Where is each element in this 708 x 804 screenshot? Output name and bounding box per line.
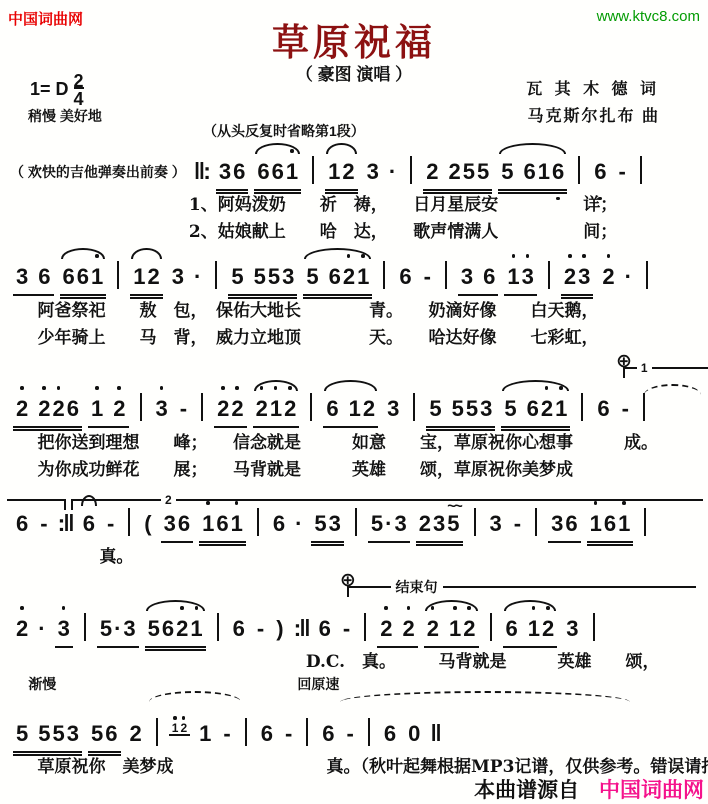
note-group: 5553: [426, 392, 495, 428]
note-group: -: [37, 507, 50, 541]
barline: [217, 613, 219, 641]
note: 3: [156, 392, 168, 426]
note: 5: [463, 155, 475, 189]
note-group: 661: [60, 260, 107, 296]
note-group: -: [220, 717, 233, 751]
lyric-line: 1、阿妈泼奶 祈 祷， 日月星辰安 详；: [10, 190, 698, 217]
volta-number: 1: [637, 360, 652, 376]
note: 3: [282, 260, 294, 294]
barline: [644, 508, 646, 536]
note: 1: [91, 392, 103, 426]
note-group: 6: [594, 392, 612, 426]
note: 2: [113, 392, 125, 426]
note: 3: [367, 155, 379, 189]
note: ·: [385, 507, 392, 541]
note-group: ): [273, 612, 286, 646]
note-group: 36: [13, 260, 54, 296]
note: 5~~: [447, 507, 459, 541]
note-group: -: [615, 155, 628, 189]
note: -: [223, 717, 230, 751]
score-system: 26-:‖6-(361616·535·3235~~3-36161真。: [0, 482, 708, 569]
note: 1: [349, 392, 361, 426]
score-system: （ 欢快的吉他弹奏出前奏 ）‖:36661123·225556166-1、阿妈泼…: [0, 140, 708, 244]
note-group: 5621: [303, 260, 372, 296]
note: 3: [461, 260, 473, 294]
note: -: [257, 612, 264, 646]
note: 1: [357, 260, 369, 294]
notation-line: 2226123-222126123555356216-: [10, 392, 698, 428]
note: 6: [216, 507, 228, 541]
note: 5: [91, 717, 103, 751]
note-group: -: [619, 392, 632, 426]
notation-line: 36661123·555356216-3613232·: [10, 260, 698, 296]
barline: [548, 261, 550, 289]
note-group: 22: [214, 392, 247, 428]
note-group: 2226: [13, 392, 82, 428]
note-group: 161: [587, 507, 634, 543]
note: -: [285, 717, 292, 751]
note: 3: [395, 507, 407, 541]
lyric-text: 阿爸祭祀 敖 包， 保佑大地长 青。 奶滴好像 白天鹅，: [38, 296, 599, 321]
note: 1: [449, 612, 461, 646]
note: 1: [190, 612, 202, 646]
barline: [383, 261, 385, 289]
note: 3: [387, 392, 399, 426]
notation-line: 6-:‖6-(361616·535·3235~~3-36161: [10, 506, 698, 542]
note: 6: [83, 507, 95, 541]
note: 5: [466, 392, 478, 426]
note-group: 13: [504, 260, 537, 296]
note: 6: [261, 717, 273, 751]
note: 5: [306, 260, 318, 294]
barline: [474, 508, 476, 536]
note-group: -: [104, 507, 117, 541]
note-group: 161: [199, 507, 246, 543]
note-group: 12: [88, 392, 129, 428]
note: 1: [538, 155, 550, 189]
note: ·: [114, 612, 121, 646]
note: 5: [477, 155, 489, 189]
note: 2: [541, 392, 553, 426]
note: 6: [506, 612, 518, 646]
repeat-barline: ‖: [430, 716, 439, 750]
note-group: 6: [591, 155, 609, 189]
composer-credit: 马克斯尔扎布 曲: [528, 103, 660, 126]
note: ·: [38, 612, 45, 646]
barline: [578, 156, 580, 184]
note: 1: [328, 155, 340, 189]
note: 2: [180, 722, 187, 734]
note-group: 12: [325, 155, 358, 191]
ending-bracket-label: 结束句: [391, 579, 443, 596]
volta-bracket: 1: [623, 367, 708, 378]
system-label: （ 欢快的吉他弹奏出前奏 ）: [10, 164, 186, 180]
tempo-marking: 稍慢 美好地: [28, 106, 102, 126]
note-group: 2: [127, 717, 145, 751]
sheet-music-page: 中国词曲网 www.ktvc8.com 草原祝福 （ 豪图 演唱 ） 1= D2…: [0, 0, 708, 804]
note: 2: [231, 392, 243, 426]
note: 3: [329, 507, 341, 541]
note-group: 2·: [13, 612, 49, 646]
note-group: -: [282, 717, 295, 751]
note: 5: [501, 155, 513, 189]
note: 6: [565, 507, 577, 541]
note-group: 23: [561, 260, 594, 296]
note: 2: [130, 717, 142, 751]
lyric-line: 把你送到理想 峰； 信念就是 如意 宝，草原祝你心想事 成。: [10, 428, 698, 455]
note: 1: [133, 260, 145, 294]
score: （ 欢快的吉他弹奏出前奏 ）‖:36661123·225556166-1、阿妈泼…: [0, 140, 708, 779]
notation-line: 5553562121-6-6-60‖: [10, 716, 698, 752]
note: 1: [507, 260, 519, 294]
note: -: [514, 507, 521, 541]
note: 3: [433, 507, 445, 541]
note: 2: [463, 612, 475, 646]
note: 3: [566, 612, 578, 646]
barline: [306, 718, 308, 746]
note: 2: [426, 155, 438, 189]
tie-arc: [149, 691, 241, 702]
barline: [581, 393, 583, 421]
note-group: 212: [424, 612, 479, 648]
note: ·: [389, 155, 396, 189]
note-group: 661: [254, 155, 301, 191]
note: 6: [326, 392, 338, 426]
note: 2: [217, 392, 229, 426]
note-group: 3: [563, 612, 581, 646]
lyric-text: 草原祝你 美梦成: [38, 752, 174, 777]
note-group: (: [141, 507, 154, 541]
note: ·: [295, 507, 302, 541]
footer-source-label: 本曲谱源自: [474, 779, 579, 802]
note-group: 5553: [228, 260, 297, 296]
note: 2: [176, 612, 188, 646]
note-group: 6: [80, 507, 98, 541]
note: 6: [597, 392, 609, 426]
note: 6: [322, 717, 334, 751]
note: 2: [53, 392, 65, 426]
barline: [257, 508, 259, 536]
note: 6: [399, 260, 411, 294]
note: 6: [16, 507, 28, 541]
barline: [368, 718, 370, 746]
note: 5: [148, 612, 160, 646]
note-group: 12: [130, 260, 163, 296]
note: -: [180, 392, 187, 426]
note: 3: [219, 155, 231, 189]
key-signature: 1= D24: [30, 72, 84, 108]
note: 2: [256, 392, 268, 426]
lyric-line: 少年骑上 马 背， 威力立地顶 天。 哈达好像 七彩虹，: [10, 323, 698, 350]
barline: [140, 393, 142, 421]
note: -: [618, 155, 625, 189]
note-group: 1: [196, 717, 214, 751]
note: 2: [343, 260, 355, 294]
note-group: -: [421, 260, 434, 294]
note: 6: [523, 155, 535, 189]
note-group: 5·3: [368, 507, 410, 543]
note-group: 56: [88, 717, 121, 753]
barline: [215, 261, 217, 289]
note-group: 2255: [423, 155, 492, 191]
barline: [312, 156, 314, 184]
note: 2: [542, 612, 554, 646]
note: 5: [254, 260, 266, 294]
note: 5: [16, 717, 28, 751]
note-group: 5553: [13, 717, 82, 753]
note-group: 3·: [169, 260, 205, 294]
barline: [410, 156, 412, 184]
note: 6: [162, 612, 174, 646]
note: 3: [480, 392, 492, 426]
barline: [364, 613, 366, 641]
note: 5: [268, 260, 280, 294]
note: 2: [403, 612, 415, 646]
note: ·: [625, 260, 632, 294]
note: 2: [38, 392, 50, 426]
note-group: 212: [253, 392, 300, 428]
note: 3: [164, 507, 176, 541]
barline: [117, 261, 119, 289]
note: 3: [58, 612, 70, 646]
note-group: 5·3: [97, 612, 139, 648]
tempo-annotation: 回原速: [297, 674, 339, 690]
repeat-instruction: （从头反复时省略第1段）: [203, 121, 365, 141]
note: 3: [578, 260, 590, 294]
note-group: 3: [487, 507, 505, 541]
notation-line: （ 欢快的吉他弹奏出前奏 ）‖:36661123·225556166-: [10, 154, 698, 190]
note-group: 36: [458, 260, 499, 296]
lyric-text: 把你送到理想 峰； 信念就是 如意 宝，草原祝你心想事 成。: [38, 428, 659, 453]
barline: [646, 261, 648, 289]
note: ): [276, 612, 283, 646]
note: 6: [77, 260, 89, 294]
barline: [535, 508, 537, 536]
note: 1: [91, 260, 103, 294]
note: -: [622, 392, 629, 426]
barline: [310, 393, 312, 421]
barline: [156, 718, 158, 746]
note: -: [107, 507, 114, 541]
score-system: 渐慢回原速5553562121-6-6-60‖草原祝你 美梦成真。（秋叶起舞根据…: [0, 674, 708, 779]
note: 6: [594, 155, 606, 189]
note: 5: [38, 717, 50, 751]
note: 6: [552, 155, 564, 189]
note: 5: [314, 507, 326, 541]
note: -: [424, 260, 431, 294]
note: -: [40, 507, 47, 541]
note: 6: [527, 392, 539, 426]
note: 3: [16, 260, 28, 294]
note: 1: [555, 392, 567, 426]
footer-site-link[interactable]: 中国词曲网: [599, 779, 704, 802]
note-group: 5621: [145, 612, 206, 648]
note-group: 53: [311, 507, 344, 543]
note-group: 3: [384, 392, 402, 426]
note-group: 6: [396, 260, 414, 294]
score-system: ⊕12226123-222126123555356216-把你送到理想 峰； 信…: [0, 350, 708, 482]
note: 1: [199, 717, 211, 751]
barline: [245, 718, 247, 746]
time-signature: 24: [74, 72, 84, 108]
lyric-line: 2、姑娘献上 哈 达， 歌声情满人 间；: [10, 217, 698, 244]
note: 2: [284, 392, 296, 426]
barline: [413, 393, 415, 421]
lyric-line: 为你成功鲜花 展； 马背就是 英雄 颂，草原祝你美梦成: [10, 455, 698, 482]
note: 6: [329, 260, 341, 294]
note: 2: [602, 260, 614, 294]
key-prefix: 1= D: [30, 79, 69, 99]
note: 5: [429, 392, 441, 426]
note: 6: [63, 260, 75, 294]
barline: [643, 393, 645, 421]
note-group: 6: [316, 612, 334, 646]
note-group: -: [177, 392, 190, 426]
note-group: 6: [230, 612, 248, 646]
lyric-text: 为你成功鲜花 展； 马背就是 英雄 颂，草原祝你美梦成: [38, 455, 574, 480]
lyricist-credit: 瓦 其 木 德 词: [526, 76, 660, 99]
lyric-line: 真。: [10, 542, 698, 569]
note: 6: [384, 717, 396, 751]
score-system: 36661123·555356216-3613232·阿爸祭祀 敖 包， 保佑大…: [0, 244, 708, 350]
barline: [445, 261, 447, 289]
note: 2: [363, 392, 375, 426]
note: 2: [380, 612, 392, 646]
note-group: 6: [13, 507, 31, 541]
note: 6: [483, 260, 495, 294]
note: 1: [231, 507, 243, 541]
note-group: 2·: [599, 260, 635, 294]
barline: [490, 613, 492, 641]
note-group: 3: [153, 392, 171, 426]
note: 1: [286, 155, 298, 189]
note: 2: [427, 612, 439, 646]
note-group: 3: [55, 612, 73, 648]
note: 3: [67, 717, 79, 751]
repeat-barline: :‖: [294, 611, 309, 645]
note: 1: [202, 507, 214, 541]
note: 3: [172, 260, 184, 294]
notation-line: 2·35·356216-):‖6-222126123: [10, 611, 698, 647]
lyric-text: 1、阿妈泼奶 祈 祷， 日月星辰安 详；: [189, 190, 617, 215]
note: -: [343, 612, 350, 646]
lyric-text: 2、姑娘献上 哈 达， 歌声情满人 间；: [189, 217, 617, 242]
lyric-line: D.C. 真。 马背就是 英雄 颂，: [10, 647, 698, 674]
note: 3: [123, 612, 135, 646]
note: 2: [419, 507, 431, 541]
note: 6: [604, 507, 616, 541]
note: 1: [270, 392, 282, 426]
note-group: 22: [377, 612, 418, 648]
barline: [640, 156, 642, 184]
note: 5: [371, 507, 383, 541]
note-group: 6: [258, 717, 276, 751]
note: 5: [100, 612, 112, 646]
ending-bracket: 结束句: [347, 586, 696, 597]
note: 3: [551, 507, 563, 541]
note-group: 36: [161, 507, 194, 543]
tempo-annotation: 渐慢: [28, 674, 56, 690]
note: 6: [272, 155, 284, 189]
note: -: [347, 717, 354, 751]
repeat-barline: :‖: [58, 506, 73, 540]
note: 1: [528, 612, 540, 646]
note: 5: [452, 392, 464, 426]
tie-arc: [340, 691, 630, 702]
footer: 本曲谱源自 中国词曲网: [474, 774, 704, 804]
note: 6: [233, 155, 245, 189]
note-group: 12: [169, 722, 190, 736]
note: 0: [408, 717, 420, 751]
note-group: -: [340, 612, 353, 646]
barline: [593, 613, 595, 641]
note: 6: [67, 392, 79, 426]
note-group: 5621: [501, 392, 570, 428]
note: 6: [178, 507, 190, 541]
note: 2: [448, 155, 460, 189]
note: 5: [231, 260, 243, 294]
note: (: [144, 507, 151, 541]
note: 1: [590, 507, 602, 541]
note-group: -: [254, 612, 267, 646]
note: 1: [172, 722, 179, 734]
note: 6: [105, 717, 117, 751]
repeat-barline: ‖:: [194, 154, 209, 188]
note: 2: [148, 260, 160, 294]
lyric-text: 少年骑上 马 背， 威力立地顶 天。 哈达好像 七彩虹，: [38, 323, 599, 348]
lyric-text: D.C. 真。 马背就是 英雄 颂，: [306, 647, 660, 672]
note-group: 6: [319, 717, 337, 751]
note-group: 3·: [364, 155, 400, 189]
note-group: -: [344, 717, 357, 751]
note-group: 612: [503, 612, 558, 648]
note: 6: [257, 155, 269, 189]
note-group: 6: [381, 717, 399, 751]
note: 6: [319, 612, 331, 646]
note: 2: [16, 392, 28, 426]
barline: [201, 393, 203, 421]
barline: [84, 613, 86, 641]
note-group: 36: [216, 155, 249, 191]
barline: [128, 508, 130, 536]
note: 3: [490, 507, 502, 541]
note: 6: [38, 260, 50, 294]
note-group: 36: [548, 507, 581, 543]
note-group: 0: [405, 717, 423, 751]
note-group: 6·: [270, 507, 306, 541]
note-group: -: [511, 507, 524, 541]
barline: [355, 508, 357, 536]
note: 2: [342, 155, 354, 189]
note: ·: [194, 260, 201, 294]
score-system: ⊕结束句2·35·356216-):‖6-222126123D.C. 真。 马背…: [0, 569, 708, 674]
note: 2: [16, 612, 28, 646]
note: 6: [233, 612, 245, 646]
page-title: 草原祝福: [0, 12, 708, 66]
note-group: 235~~: [416, 507, 463, 543]
lyric-line: 阿爸祭祀 敖 包， 保佑大地长 青。 奶滴好像 白天鹅，: [10, 296, 698, 323]
note-group: 5616: [498, 155, 567, 191]
lyric-text: 真。: [99, 542, 133, 567]
note: 2: [564, 260, 576, 294]
note: 1: [618, 507, 630, 541]
note: 5: [53, 717, 65, 751]
note: 3: [522, 260, 534, 294]
note: 5: [504, 392, 516, 426]
note: 6: [273, 507, 285, 541]
note-group: 612: [323, 392, 378, 428]
